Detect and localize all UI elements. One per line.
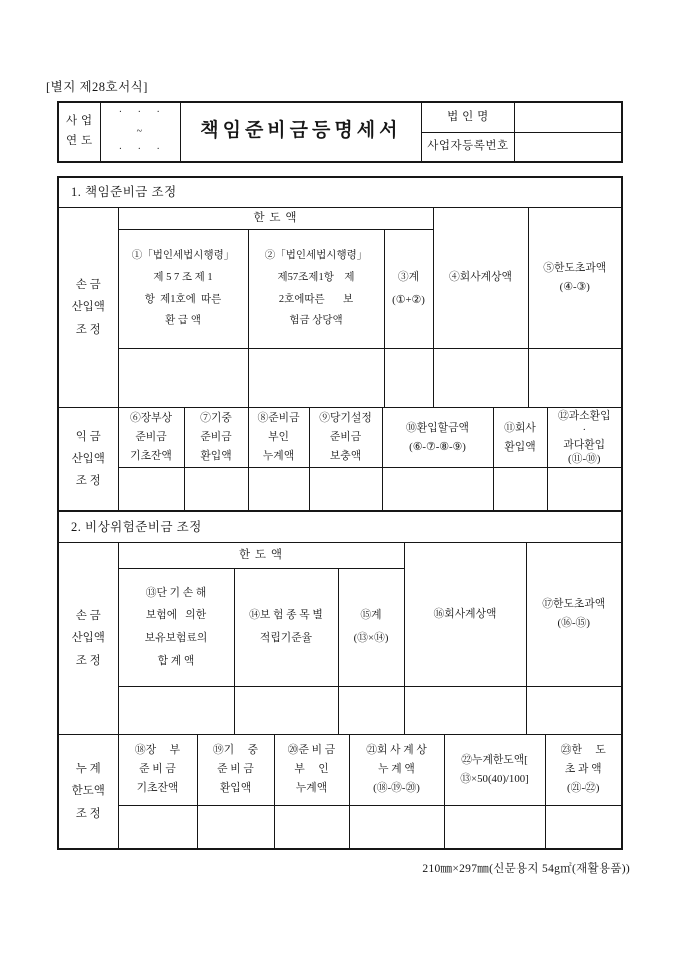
biz-reg-no-label: 사업자등록번호 (421, 132, 514, 161)
value-cell-3[interactable] (384, 348, 433, 407)
col-18-header: ⑱장 부 준 비 금 기초잔액 (118, 735, 197, 805)
value-cell-2[interactable] (248, 348, 384, 407)
col-4-header: ④회사계상액 (433, 208, 528, 348)
col-23-header: ㉓한 도 초 과 액 (㉑-㉒) (545, 735, 621, 805)
value-cell-9[interactable] (309, 468, 382, 511)
col-21-header: ㉑회 사 계 상 누 계 액 (⑱-⑲-⑳) (349, 735, 444, 805)
value-cell-10[interactable] (382, 468, 493, 511)
business-year-input[interactable]: · · · ~ · · · (100, 102, 180, 162)
col-15-header: ⑮계 (⑬×⑭) (338, 568, 404, 686)
value-cell-22[interactable] (444, 805, 545, 848)
row-label-cumulative-limit-adjust: 누 계 한도액 조 정 (59, 735, 118, 848)
value-cell-15[interactable] (338, 686, 404, 734)
col-14-header: ⑭보 험 종 목 별 적립기준율 (234, 568, 338, 686)
col-12-header: ⑫과소환입 · 과다환입 (⑪-⑩) (547, 408, 621, 468)
value-cell-6[interactable] (118, 468, 184, 511)
value-cell-18[interactable] (118, 805, 197, 848)
page-title: 책임준비금등명세서 (180, 102, 421, 162)
col-8-header: ⑧준비금 부인 누계액 (248, 408, 309, 468)
corp-name-label: 법 인 명 (421, 102, 514, 132)
header-table: 사 업 연 도 · · · ~ · · · 책임준비금등명세서 법 인 명 사업… (57, 101, 623, 163)
value-cell-11[interactable] (493, 468, 547, 511)
section-2-emergency-risk-reserve: 2. 비상위험준비금 조정 손 금 산입액 조 정 한 도 액 ⑯회사계상액 ⑰… (57, 510, 623, 850)
col-3-header: ③계 (①+②) (384, 229, 433, 348)
value-cell-16[interactable] (404, 686, 526, 734)
value-cell-21[interactable] (349, 805, 444, 848)
section-2-cumulative-table: 누 계 한도액 조 정 ⑱장 부 준 비 금 기초잔액 ⑲기 중 준 비 금 환… (59, 734, 621, 848)
paper-size-note: 210㎜×297㎜(신문용지 54g㎡(재활용품)) (58, 860, 630, 876)
limit-amount-header-1: 한 도 액 (118, 208, 433, 229)
row-label-deduction-adjust: 손 금 산입액 조 정 (59, 208, 118, 407)
value-cell-14[interactable] (234, 686, 338, 734)
col-9-header: ⑨당기설정 준비금 보충액 (309, 408, 382, 468)
value-cell-1[interactable] (118, 348, 248, 407)
section-1-title: 1. 책임준비금 조정 (59, 178, 621, 208)
col-2-header: ②「법인세법시행령」 제57조제1항 제 2호에따른 보 험금 상당액 (248, 229, 384, 348)
section-1-deduction-table: 손 금 산입액 조 정 한 도 액 ④회사계상액 ⑤한도초과액 (④-③) ①「… (59, 208, 621, 407)
limit-amount-header-2: 한 도 액 (118, 543, 404, 568)
col-5-header: ⑤한도초과액 (④-③) (528, 208, 621, 348)
biz-reg-no-input[interactable] (515, 132, 622, 161)
col-13-header: ⑬단 기 손 해 보험에 의한 보유보험료의 합 계 액 (118, 568, 234, 686)
col-11-header: ⑪회사 환입액 (493, 408, 547, 468)
form-number-label: [별지 제28호서식] (46, 77, 148, 95)
col-6-header: ⑥장부상 준비금 기초잔액 (118, 408, 184, 468)
section-2-title: 2. 비상위험준비금 조정 (59, 512, 621, 543)
row-label-deduction-adjust-2: 손 금 산입액 조 정 (59, 543, 118, 734)
col-22-header: ㉒누계한도액[ ⑬×50(40)/100] (444, 735, 545, 805)
form-page: [별지 제28호서식] 사 업 연 도 · · · ~ · · · 책임준비금등… (0, 0, 680, 962)
value-cell-5[interactable] (528, 348, 621, 407)
col-10-header: ⑩환입할금액 (⑥-⑦-⑧-⑨) (382, 408, 493, 468)
col-17-header: ⑰한도초과액 (⑯-⑮) (526, 543, 621, 686)
corp-name-input[interactable] (515, 102, 622, 132)
section-1-inclusion-table: 익 금 산입액 조 정 ⑥장부상 준비금 기초잔액 ⑦기중 준비금 환입액 ⑧준… (59, 407, 621, 511)
row-label-inclusion-adjust: 익 금 산입액 조 정 (59, 408, 118, 511)
value-cell-7[interactable] (184, 468, 248, 511)
value-cell-8[interactable] (248, 468, 309, 511)
col-1-header: ①「법인세법시행령」 제 5 7 조 제 1 항 제1호에 따른 환 급 액 (118, 229, 248, 348)
value-cell-4[interactable] (433, 348, 528, 407)
value-cell-20[interactable] (274, 805, 349, 848)
section-2-deduction-table: 손 금 산입액 조 정 한 도 액 ⑯회사계상액 ⑰한도초과액 (⑯-⑮) ⑬단… (59, 543, 621, 734)
col-19-header: ⑲기 중 준 비 금 환입액 (197, 735, 274, 805)
value-cell-17[interactable] (526, 686, 621, 734)
col-16-header: ⑯회사계상액 (404, 543, 526, 686)
col-20-header: ⑳준 비 금 부 인 누계액 (274, 735, 349, 805)
value-cell-12[interactable] (547, 468, 621, 511)
section-1-liability-reserve: 1. 책임준비금 조정 손 금 산입액 조 정 한 도 액 ④회사계상액 ⑤한도… (57, 176, 623, 513)
col-7-header: ⑦기중 준비금 환입액 (184, 408, 248, 468)
value-cell-13[interactable] (118, 686, 234, 734)
value-cell-19[interactable] (197, 805, 274, 848)
business-year-label: 사 업 연 도 (58, 102, 100, 162)
value-cell-23[interactable] (545, 805, 621, 848)
